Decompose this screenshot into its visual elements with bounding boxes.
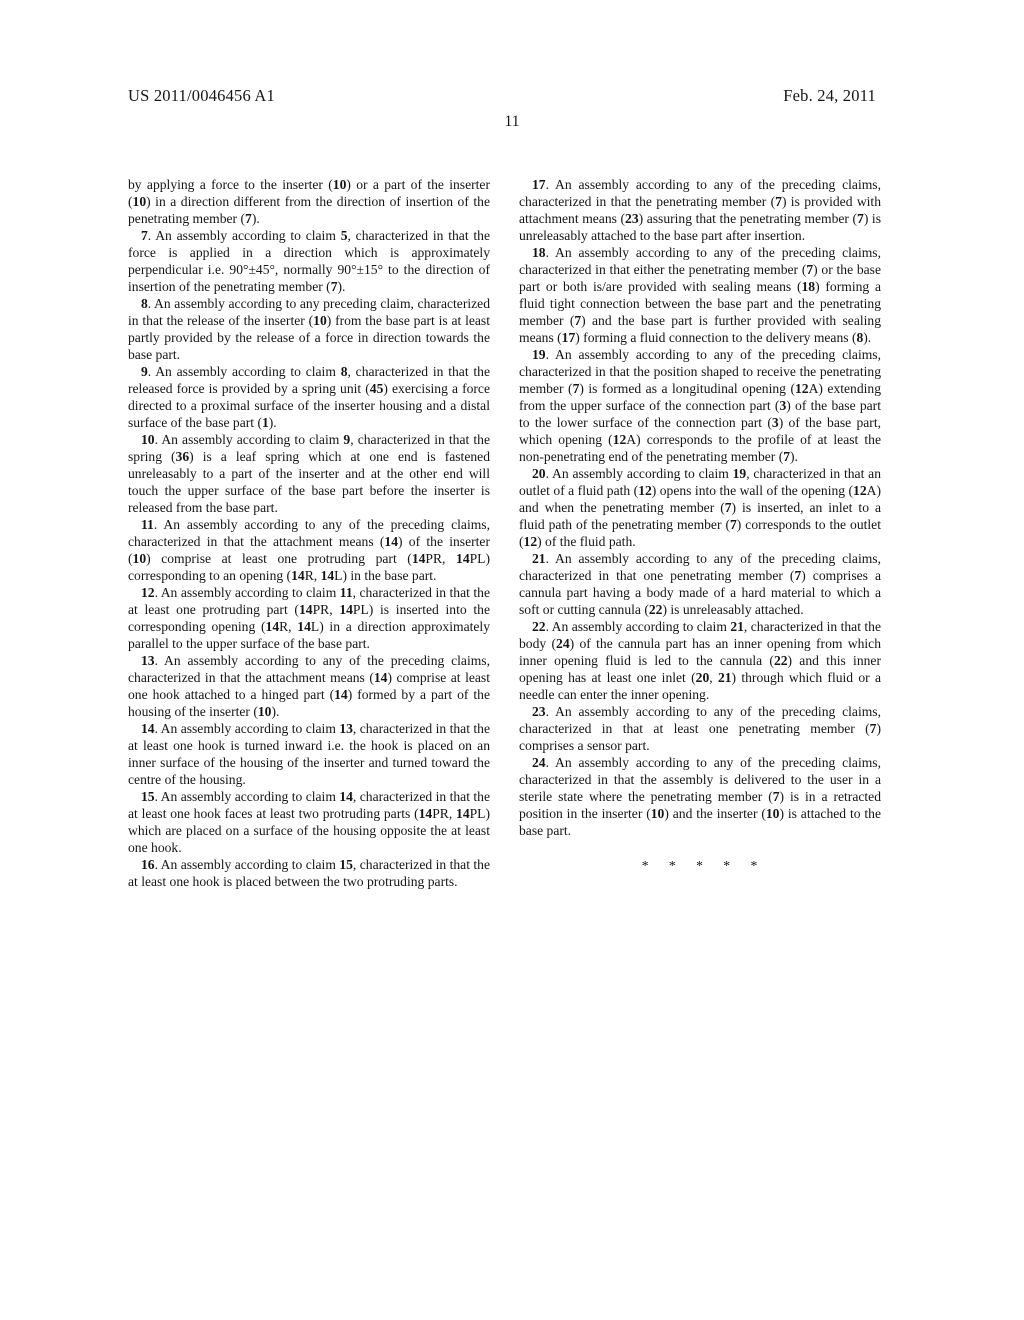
reference-numeral: 9 [343, 432, 350, 447]
patent-number: US 2011/0046456 A1 [128, 86, 275, 106]
reference-numeral: 7 [775, 194, 782, 209]
reference-numeral: 7 [730, 517, 737, 532]
reference-numeral: 12 [853, 483, 867, 498]
reference-numeral: 22 [774, 653, 788, 668]
claim-paragraph: 16. An assembly according to claim 15, c… [128, 856, 490, 890]
reference-numeral: 10 [333, 177, 347, 192]
claims-body: by applying a force to the inserter (10)… [0, 131, 1024, 890]
reference-numeral: 10 [766, 806, 780, 821]
reference-numeral: 7 [806, 262, 813, 277]
reference-numeral: 14 [266, 619, 280, 634]
reference-numeral: 23 [625, 211, 639, 226]
claim-paragraph: by applying a force to the inserter (10)… [128, 176, 490, 227]
reference-numeral: 19 [733, 466, 747, 481]
reference-numeral: 21 [532, 551, 546, 566]
patent-page: US 2011/0046456 A1 Feb. 24, 2011 11 by a… [0, 0, 1024, 1320]
reference-numeral: 7 [141, 228, 148, 243]
reference-numeral: 9 [141, 364, 148, 379]
reference-numeral: 7 [245, 211, 252, 226]
reference-numeral: 10 [258, 704, 272, 719]
reference-numeral: 18 [802, 279, 816, 294]
reference-numeral: 3 [779, 398, 786, 413]
claim-paragraph: 23. An assembly according to any of the … [519, 703, 881, 754]
reference-numeral: 1 [262, 415, 269, 430]
reference-numeral: 20 [532, 466, 546, 481]
claim-paragraph: 11. An assembly according to any of the … [128, 516, 490, 584]
reference-numeral: 10 [141, 432, 155, 447]
reference-numeral: 11 [141, 517, 154, 532]
claim-paragraph: 14. An assembly according to claim 13, c… [128, 720, 490, 788]
reference-numeral: 14 [384, 534, 398, 549]
reference-numeral: 24 [532, 755, 546, 770]
reference-numeral: 14 [456, 551, 470, 566]
reference-numeral: 10 [651, 806, 665, 821]
reference-numeral: 14 [321, 568, 335, 583]
reference-numeral: 36 [176, 449, 190, 464]
reference-numeral: 14 [374, 670, 388, 685]
reference-numeral: 7 [773, 789, 780, 804]
reference-numeral: 12 [795, 381, 809, 396]
reference-numeral: 12 [613, 432, 627, 447]
claim-paragraph: 20. An assembly according to claim 19, c… [519, 465, 881, 550]
reference-numeral: 8 [141, 296, 148, 311]
column-right: 17. An assembly according to any of the … [519, 176, 881, 890]
claim-paragraph: 24. An assembly according to any of the … [519, 754, 881, 839]
claim-paragraph: 7. An assembly according to claim 5, cha… [128, 227, 490, 295]
reference-numeral: 7 [794, 568, 801, 583]
reference-numeral: 45 [370, 381, 384, 396]
reference-numeral: 7 [783, 449, 790, 464]
reference-numeral: 11 [340, 585, 353, 600]
claim-paragraph: 22. An assembly according to claim 21, c… [519, 618, 881, 703]
reference-numeral: 14 [297, 619, 311, 634]
reference-numeral: 7 [573, 381, 580, 396]
reference-numeral: 7 [870, 721, 877, 736]
reference-numeral: 21 [730, 619, 744, 634]
claim-paragraph: 12. An assembly according to claim 11, c… [128, 584, 490, 652]
reference-numeral: 14 [412, 551, 426, 566]
reference-numeral: 24 [556, 636, 570, 651]
claim-paragraph: 9. An assembly according to claim 8, cha… [128, 363, 490, 431]
reference-numeral: 13 [141, 653, 155, 668]
reference-numeral: 17 [532, 177, 546, 192]
reference-numeral: 7 [725, 500, 732, 515]
reference-numeral: 7 [857, 211, 864, 226]
reference-numeral: 3 [772, 415, 779, 430]
claim-paragraph: 18. An assembly according to any of the … [519, 244, 881, 346]
claim-paragraph: 17. An assembly according to any of the … [519, 176, 881, 244]
reference-numeral: 20 [696, 670, 710, 685]
reference-numeral: 14 [291, 568, 305, 583]
claim-paragraph: 21. An assembly according to any of the … [519, 550, 881, 618]
reference-numeral: 15 [339, 857, 353, 872]
end-of-claims-marker: * * * * * [519, 857, 881, 874]
reference-numeral: 12 [524, 534, 538, 549]
claim-paragraph: 15. An assembly according to claim 14, c… [128, 788, 490, 856]
reference-numeral: 19 [532, 347, 546, 362]
reference-numeral: 8 [856, 330, 863, 345]
reference-numeral: 22 [532, 619, 546, 634]
publication-date: Feb. 24, 2011 [783, 86, 876, 106]
reference-numeral: 10 [313, 313, 327, 328]
page-number: 11 [0, 113, 1024, 131]
reference-numeral: 10 [133, 194, 147, 209]
reference-numeral: 14 [456, 806, 470, 821]
claim-paragraph: 10. An assembly according to claim 9, ch… [128, 431, 490, 516]
reference-numeral: 10 [133, 551, 147, 566]
reference-numeral: 14 [299, 602, 313, 617]
claim-paragraph: 19. An assembly according to any of the … [519, 346, 881, 465]
reference-numeral: 5 [341, 228, 348, 243]
reference-numeral: 18 [532, 245, 546, 260]
claim-paragraph: 13. An assembly according to any of the … [128, 652, 490, 720]
page-header: US 2011/0046456 A1 Feb. 24, 2011 [0, 0, 1024, 106]
reference-numeral: 13 [339, 721, 353, 736]
reference-numeral: 14 [419, 806, 433, 821]
reference-numeral: 14 [339, 602, 353, 617]
reference-numeral: 17 [562, 330, 576, 345]
reference-numeral: 12 [141, 585, 155, 600]
reference-numeral: 14 [334, 687, 348, 702]
reference-numeral: 12 [638, 483, 652, 498]
reference-numeral: 14 [339, 789, 353, 804]
reference-numeral: 23 [532, 704, 546, 719]
claim-paragraph: 8. An assembly according to any precedin… [128, 295, 490, 363]
reference-numeral: 15 [141, 789, 155, 804]
reference-numeral: 14 [141, 721, 155, 736]
reference-numeral: 22 [649, 602, 663, 617]
reference-numeral: 7 [574, 313, 581, 328]
reference-numeral: 21 [718, 670, 732, 685]
reference-numeral: 16 [141, 857, 155, 872]
reference-numeral: 7 [331, 279, 338, 294]
reference-numeral: 8 [341, 364, 348, 379]
column-left: by applying a force to the inserter (10)… [128, 176, 490, 890]
